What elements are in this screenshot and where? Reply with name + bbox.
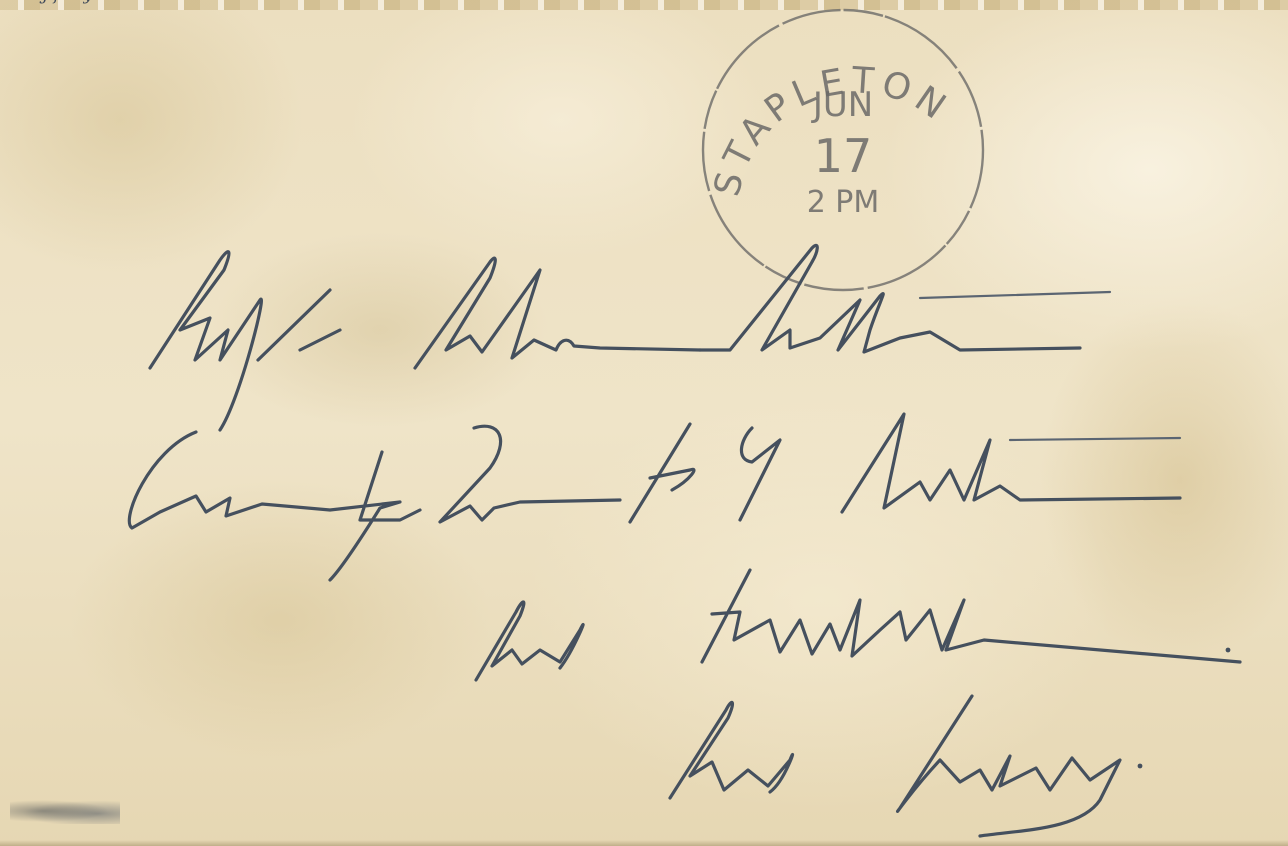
address-line-4-text: New Jersey. — [0, 0, 95, 4]
address-line-3: New Brunswick. — [0, 0, 1240, 680]
handwritten-address: Miss Alice Austen Care of Dr. P. T. Aust… — [0, 0, 1288, 846]
address-line-2: Care of Dr. P. T. Austen — [0, 0, 1180, 580]
envelope: STAPLETON JUN 17 2 PM Miss Alice Austen — [0, 0, 1288, 846]
address-script: Miss Alice Austen Care of Dr. P. T. Aust… — [0, 0, 1288, 846]
address-line-4: New Jersey. — [0, 0, 1142, 836]
address-line-1: Miss Alice Austen — [0, 0, 1110, 430]
